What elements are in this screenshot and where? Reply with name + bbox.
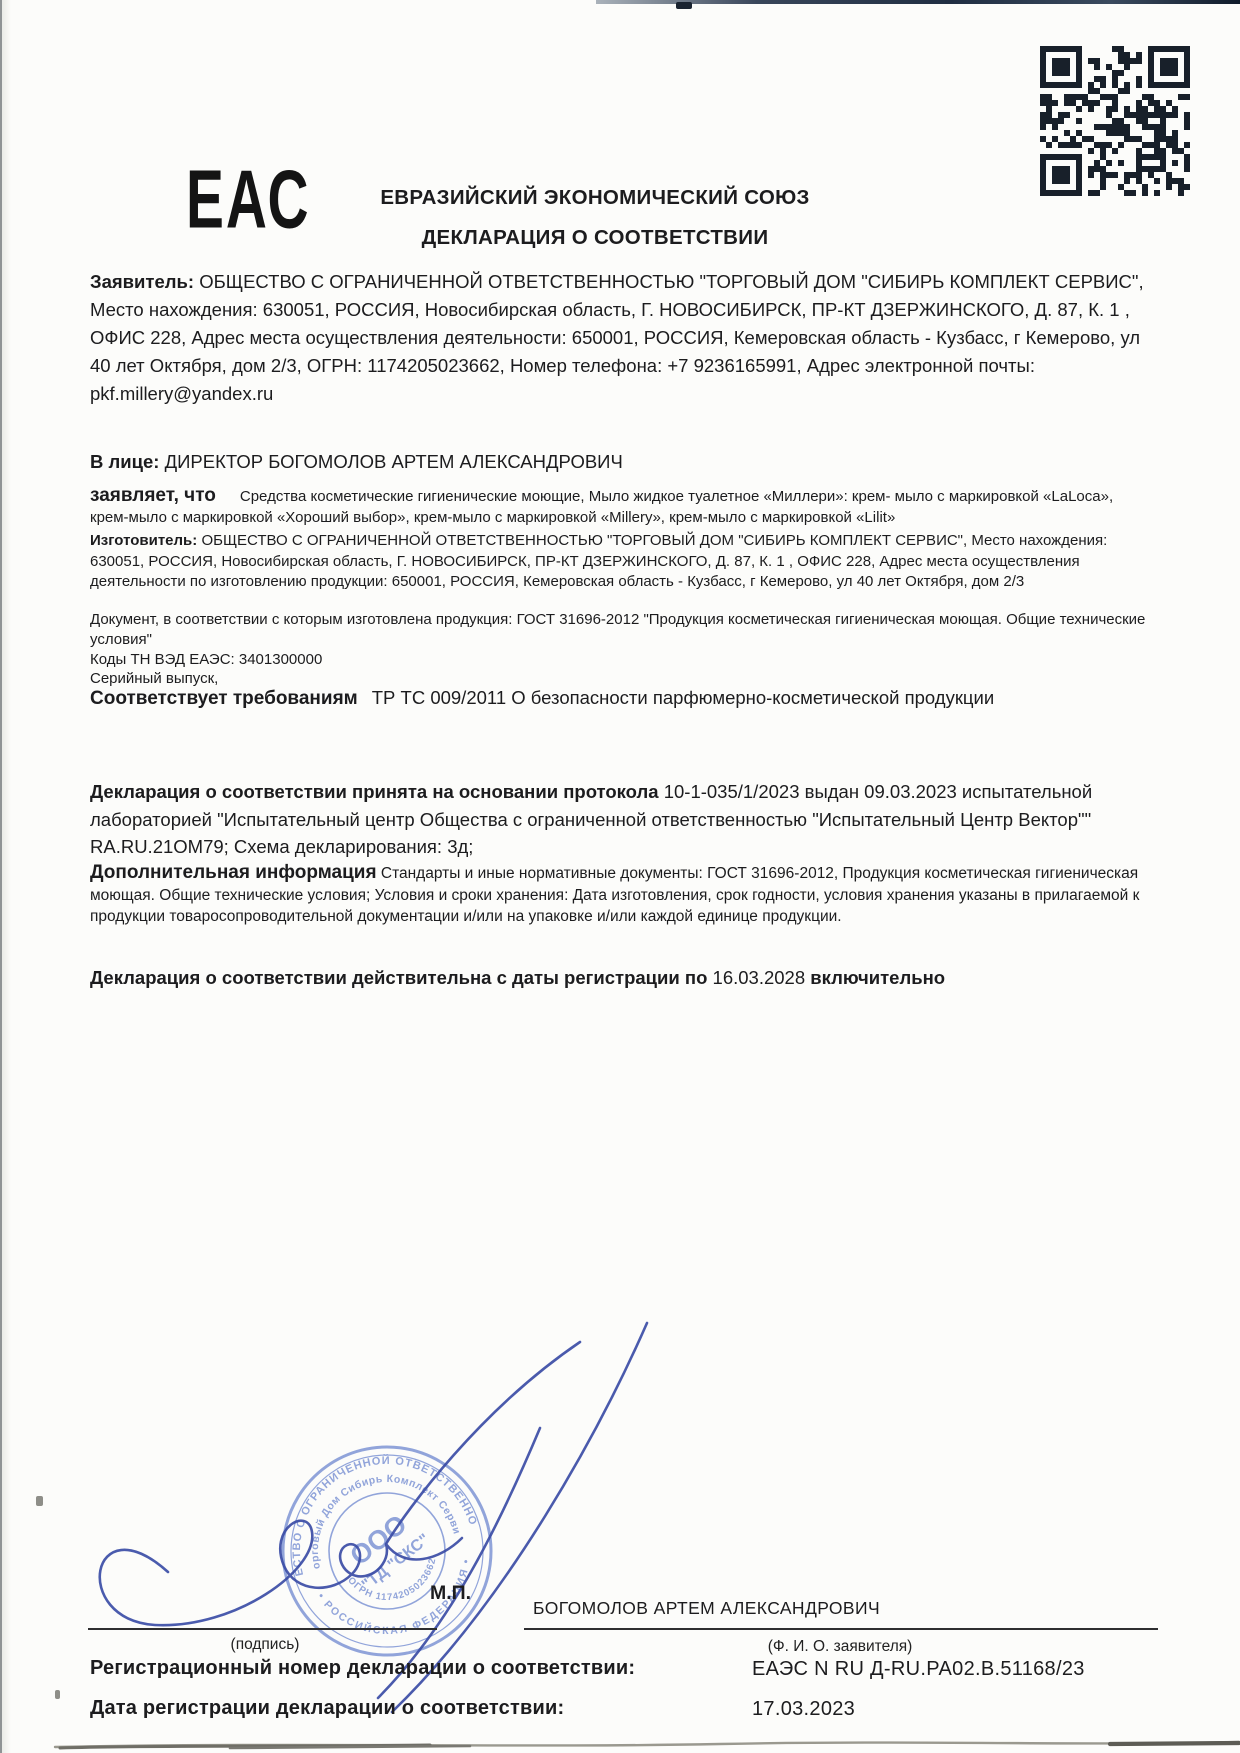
scan-artifact-bottom-line <box>0 1738 1240 1753</box>
signature-line <box>88 1628 437 1630</box>
validity-suffix: включительно <box>810 967 945 988</box>
applicant-label: Заявитель: <box>90 271 194 292</box>
stamp-center-line1: ООО <box>344 1509 412 1571</box>
declares-paragraph: заявляет, чтоСредства косметические гиги… <box>90 485 1152 528</box>
svg-text:ОБЩЕСТВО С ОГРАНИЧЕННОЙ ОТВЕТС: ОБЩЕСТВО С ОГРАНИЧЕННОЙ ОТВЕТСТВЕННОСТЬЮ <box>258 1422 481 1587</box>
svg-text:Торговый Дом Сибирь Комплект С: Торговый Дом Сибирь Комплект Сервис <box>258 1422 463 1584</box>
mp-label: М.П. <box>430 1582 471 1605</box>
qr-code-icon <box>1040 46 1190 196</box>
basis-paragraph: Декларация о соответствии принята на осн… <box>90 778 1152 861</box>
registration-number-label: Регистрационный номер декларации о соотв… <box>90 1657 635 1680</box>
compliance-paragraph: Соответствует требованиямТР ТС 009/2011 … <box>90 684 1110 713</box>
registration-date-value: 17.03.2023 <box>752 1698 855 1721</box>
representative-line: В лице: ДИРЕКТОР БОГОМОЛОВ АРТЕМ АЛЕКСАН… <box>90 448 1152 476</box>
manufacturer-text: ОБЩЕСТВО С ОГРАНИЧЕННОЙ ОТВЕТСТВЕННОСТЬЮ… <box>90 532 1107 590</box>
page-title: ДЕКЛАРАЦИЯ О СООТВЕТСТВИИ <box>90 226 1100 250</box>
manufacturer-label: Изготовитель: <box>90 532 197 549</box>
declares-label: заявляет, что <box>90 485 216 506</box>
stamp-outer-text: ОБЩЕСТВО С ОГРАНИЧЕННОЙ ОТВЕТСТВЕННОСТЬЮ <box>258 1422 481 1587</box>
tnved-line: Коды ТН ВЭД ЕАЭС: 3401300000 <box>90 649 1152 670</box>
applicant-text: ОБЩЕСТВО С ОГРАНИЧЕННОЙ ОТВЕТСТВЕННОСТЬЮ… <box>90 271 1144 404</box>
representative-text: ДИРЕКТОР БОГОМОЛОВ АРТЕМ АЛЕКСАНДРОВИЧ <box>165 451 623 472</box>
scan-speck <box>36 1496 43 1506</box>
scan-artifact-left-edge <box>0 0 2 1753</box>
registration-date-label: Дата регистрации декларации о соответств… <box>90 1697 564 1720</box>
validity-label: Декларация о соответствии действительна … <box>90 967 707 988</box>
scan-artifact-top-blob <box>676 2 692 9</box>
manufacturer-paragraph: Изготовитель: ОБЩЕСТВО С ОГРАНИЧЕННОЙ ОТ… <box>90 531 1152 593</box>
registration-number-value: ЕАЭС N RU Д-RU.РА02.В.51168/23 <box>752 1658 1085 1681</box>
compliance-label: Соответствует требованиям <box>90 688 358 709</box>
name-caption: (Ф. И. О. заявителя) <box>700 1638 980 1656</box>
scan-artifact-top-edge <box>596 0 1240 4</box>
applicant-paragraph: Заявитель: ОБЩЕСТВО С ОГРАНИЧЕННОЙ ОТВЕТ… <box>90 268 1152 408</box>
stamp-center-line2: "ТД "СКС" <box>359 1531 433 1594</box>
additional-info-paragraph: Дополнительная информация Стандарты и ин… <box>90 862 1152 928</box>
representative-label: В лице: <box>90 451 159 472</box>
gost-document-line: Документ, в соответствии с которым изгот… <box>90 610 1152 650</box>
signer-name: БОГОМОЛОВ АРТЕМ АЛЕКСАНДРОВИЧ <box>533 1598 880 1619</box>
validity-date: 16.03.2028 <box>713 967 806 988</box>
product-text: Средства косметические гигиенические мою… <box>90 488 1113 526</box>
signature-caption: (подпись) <box>130 1636 400 1654</box>
scan-speck <box>55 1690 60 1699</box>
scan-artifact-left-shade <box>2 0 11 1753</box>
name-line <box>524 1628 1158 1630</box>
validity-paragraph: Декларация о соответствии действительна … <box>90 964 1090 992</box>
basis-label: Декларация о соответствии принята на осн… <box>90 781 659 802</box>
declaration-document: ЕАС ЕВРАЗИЙСКИЙ ЭКОНОМИЧЕСКИЙ СОЮЗ ДЕКЛА… <box>0 0 1240 1753</box>
stamp-middle-text: Торговый Дом Сибирь Комплект Сервис <box>258 1422 463 1584</box>
union-title: ЕВРАЗИЙСКИЙ ЭКОНОМИЧЕСКИЙ СОЮЗ <box>90 186 1100 210</box>
compliance-value: ТР ТС 009/2011 О безопасности парфюмерно… <box>372 687 994 708</box>
additional-info-label: Дополнительная информация <box>90 862 377 883</box>
